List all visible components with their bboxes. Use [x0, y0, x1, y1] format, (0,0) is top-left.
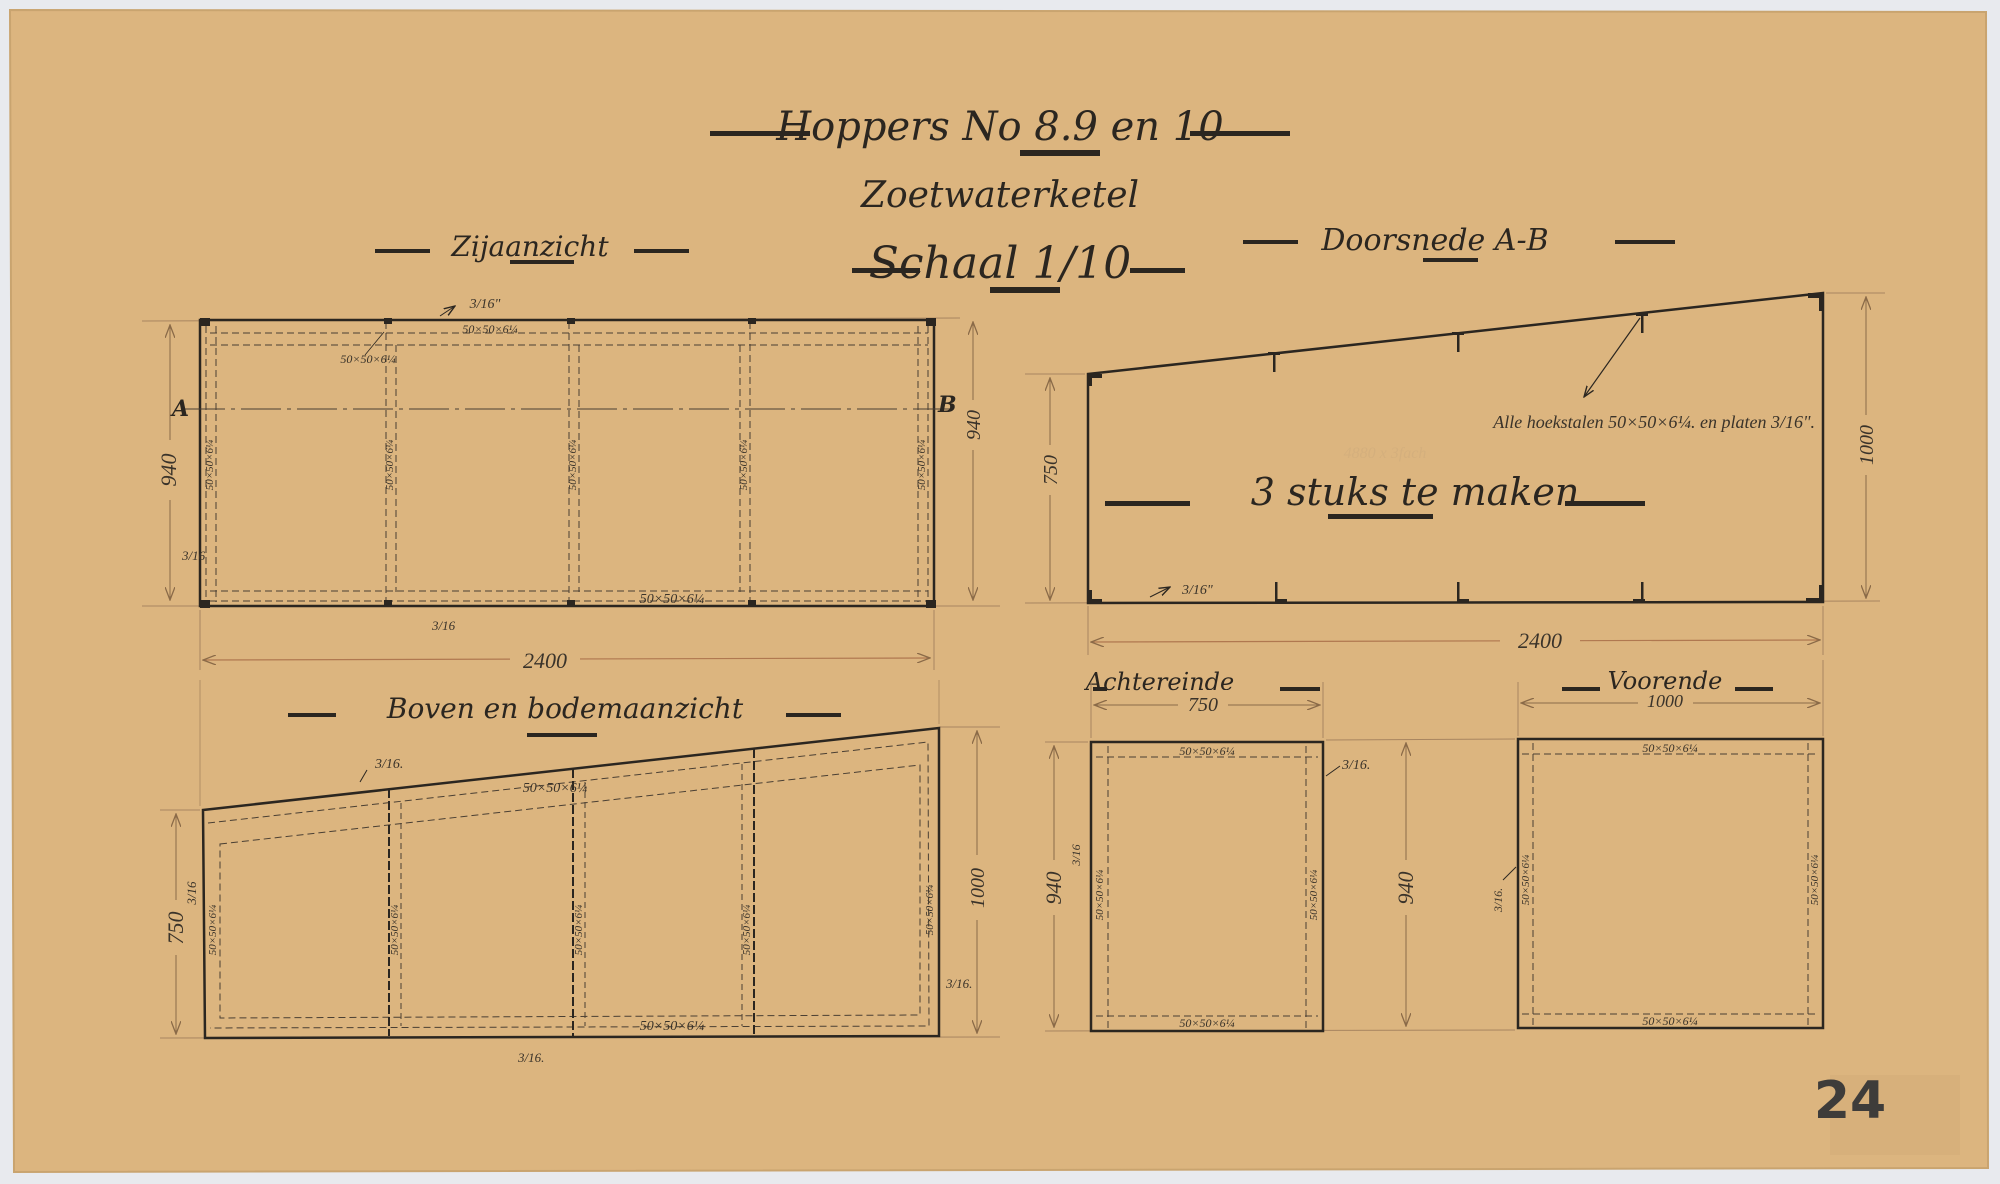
side-view-title: Zijaanzicht: [450, 230, 609, 263]
section-height-left: 750: [1040, 455, 1062, 485]
side-angle-vertical-3: 50×50×6¼: [567, 440, 579, 491]
top-angle-vertical-4: 50×50×6¼: [741, 905, 753, 956]
fore-angle-top: 50×50×6¼: [1642, 741, 1697, 755]
fore-end-width: 1000: [1647, 691, 1683, 711]
aft-angle-bottom: 50×50×6¼: [1179, 1016, 1234, 1030]
technical-drawing: Hoppers No 8.9 en 10 Zoetwaterketel Scha…: [0, 0, 2000, 1184]
aft-end-height: 940: [1041, 872, 1066, 905]
side-angle-bottom: 50×50×6¼: [640, 592, 705, 607]
pencil-note: 4880 x 3fach: [1344, 445, 1427, 462]
fore-angle-left: 50×50×6¼: [1520, 855, 1532, 906]
top-height-right: 1000: [967, 868, 989, 908]
top-height-left: 750: [163, 912, 188, 945]
top-angle-vertical-2: 50×50×6¼: [389, 905, 401, 956]
top-plate-top: 3/16.: [374, 757, 403, 772]
side-plate-top: 3/16": [469, 297, 501, 312]
section-mark-a: A: [170, 396, 189, 422]
top-angle-vertical: 50×50×6¼: [207, 905, 219, 956]
top-angle-top: 50×50×6¼: [523, 781, 588, 796]
title-line1: Hoppers No 8.9 en 10: [775, 104, 1223, 150]
aft-plate-left: 3/16: [1069, 844, 1083, 866]
side-angle-vertical-4: 50×50×6¼: [738, 440, 750, 491]
scale-label: Schaal 1/10: [869, 238, 1131, 289]
fore-angle-right: 50×50×6¼: [1809, 855, 1821, 906]
sheet-number: 24: [1814, 1071, 1886, 1131]
top-angle-vertical-3: 50×50×6¼: [573, 905, 585, 956]
top-bottom-title: Boven en bodemaanzicht: [386, 692, 744, 725]
side-angle-post: 50×50×6¼: [340, 352, 395, 366]
side-angle-vertical: 50×50×6¼: [204, 440, 216, 491]
side-length: 2400: [523, 648, 567, 673]
aft-angle-top: 50×50×6¼: [1179, 744, 1234, 758]
side-angle-vertical-2: 50×50×6¼: [384, 440, 396, 491]
section-length: 2400: [1518, 628, 1562, 653]
section-height-right: 1000: [1856, 425, 1878, 465]
aft-angle-left: 50×50×6¼: [1094, 870, 1106, 921]
quantity-note: 3 stuks te maken: [1251, 470, 1580, 514]
title-line2: Zoetwaterketel: [860, 175, 1139, 216]
side-angle-top: 50×50×6¼: [462, 322, 517, 336]
section-note: Alle hoekstalen 50×50×6¼. en platen 3/16…: [1492, 412, 1815, 432]
top-angle-vertical-5: 50×50×6¼: [924, 885, 936, 936]
section-title: Doorsnede A-B: [1320, 223, 1548, 258]
side-height-left: 940: [156, 454, 181, 487]
top-plate-left: 3/16: [184, 881, 199, 906]
side-height-right: 940: [963, 410, 985, 440]
section-plate: 3/16": [1181, 583, 1213, 598]
fore-angle-bottom: 50×50×6¼: [1642, 1014, 1697, 1028]
drawing-sheet: Hoppers No 8.9 en 10 Zoetwaterketel Scha…: [0, 0, 2000, 1184]
end-views-height: 940: [1393, 872, 1418, 905]
top-plate-bottom: 3/16.: [517, 1050, 544, 1065]
aft-end-width: 750: [1188, 694, 1218, 716]
side-plate-left: 3/16: [181, 548, 206, 563]
side-angle-vertical-5: 50×50×6¼: [916, 440, 928, 491]
fore-plate-left: 3/16.: [1491, 888, 1505, 913]
aft-plate-right: 3/16.: [1341, 758, 1370, 773]
aft-angle-right: 50×50×6¼: [1308, 870, 1320, 921]
section-mark-b: B: [937, 392, 957, 418]
side-plate-bottom: 3/16: [431, 618, 456, 633]
top-plate-right: 3/16.: [945, 976, 972, 991]
top-angle-bottom: 50×50×6¼: [640, 1019, 705, 1034]
